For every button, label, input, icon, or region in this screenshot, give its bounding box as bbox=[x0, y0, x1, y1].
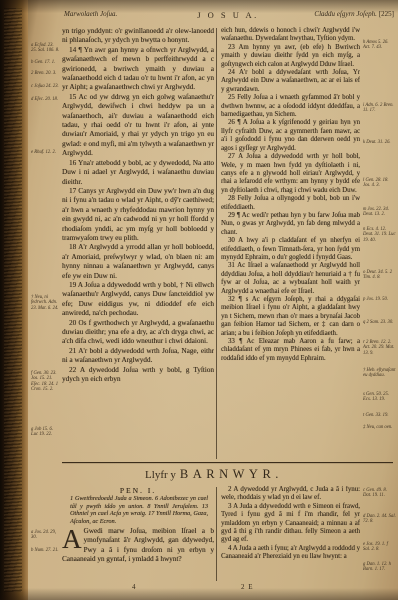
judges-title-small: Llyfr y bbox=[145, 469, 176, 481]
column-divider-rule bbox=[216, 28, 217, 459]
margin-note: p Jos. 19. 50. bbox=[363, 297, 396, 302]
verse-paragraph: 33 ¶ Ac Eleazar mab Aaron a fu farw; a c… bbox=[221, 338, 360, 363]
chapter-summary: 1 Gweithredoedd Juda a Simeon. 6 Adonibe… bbox=[62, 495, 214, 527]
joshua-section: a Ecſod. 23. 25. Sal. 106. 8.b Gen. 17. … bbox=[28, 27, 398, 460]
margin-note: r 2 Bren. 12. 2. Act. 20. 29. Mat. 13. 9… bbox=[363, 340, 396, 356]
margin-note: o Deut. 34. 5. 2 Tim. 4. 8. bbox=[363, 270, 396, 281]
margin-note: e Jos. 19. 1. f Sal. 2. 8. bbox=[363, 542, 396, 553]
section-divider-rule bbox=[62, 462, 393, 463]
verse-paragraph: eich hun, ddewis o honoch i chwi'r Arglw… bbox=[221, 27, 360, 44]
margin-note: g Dan. 1. 12. h Barn. 1. 17. bbox=[363, 562, 396, 573]
verse-paragraph: 24 A'r bobl a ddywedaſant wrth Joſua, Yr… bbox=[221, 69, 360, 94]
verse-paragraph: yn trigo ynddynt: o'r gwinllanoedd a'r o… bbox=[62, 27, 214, 46]
verse-paragraph: 4 A Juda a aeth i fynu; a'r Arglwydd a r… bbox=[221, 545, 360, 562]
margin-note: ‡ Neu, can oen. bbox=[363, 425, 396, 430]
verse-paragraph: 23 Am hynny yn awr, (eb efe) h Bwriwch y… bbox=[221, 44, 360, 69]
verse-paragraph: 15 Ac od yw ddrwg yn eich golwg waſanaet… bbox=[62, 93, 214, 159]
judges-right-margin-notes: c Gen. 49. 8. Dat. 19. 11.d Dan. 2. 44. … bbox=[363, 486, 396, 582]
page-number: [225] bbox=[379, 10, 394, 18]
margin-note: f Gen. 30. 23. Jos. 15. 21. Eſec. 18. 24… bbox=[31, 371, 60, 392]
judges-section: a Jos. 24. 29, 30.b Num. 27. 21. PEN. I.… bbox=[28, 486, 398, 582]
signature-mark-left: 4 bbox=[132, 583, 136, 591]
drop-cap-letter: A bbox=[62, 527, 84, 550]
judges-left-margin-notes: a Jos. 24. 29, 30.b Num. 27. 21. bbox=[31, 486, 60, 582]
chapter-heading: PEN. I. bbox=[62, 486, 214, 495]
verse-paragraph: 2 A dywedodd yr Arglwydd, c Juda a â i f… bbox=[221, 486, 360, 503]
judges-title-big: BARNWYR. bbox=[180, 467, 283, 481]
verse-paragraph: 16 Yna'r attebodd y bobl, ac y dywedodd,… bbox=[62, 159, 214, 187]
verse-paragraph: 20 Os f gwrthodwch yr Arglwydd, a gwaſan… bbox=[62, 319, 214, 347]
margin-note: m Jos. 22. 34. Deut. 13. 2. bbox=[363, 207, 396, 218]
verse-paragraph: 18 A'r Arglwydd a yrrodd allan yr holl b… bbox=[62, 243, 214, 281]
verse-paragraph: 27 A Joſua a ddywedodd wrth yr holl bobl… bbox=[221, 153, 360, 195]
margin-note: b Gen. 17. 1. bbox=[31, 60, 60, 65]
verse-paragraph: 22 A dywedodd Joſua wrth y bobl, g Tyſti… bbox=[62, 366, 214, 385]
opening-verse: AGwedi marw Joſua, meibion Iſrael a b ym… bbox=[62, 527, 214, 565]
margin-note: t Gen. 33. 19. bbox=[363, 413, 396, 418]
judges-right-column: 2 A dywedodd yr Arglwydd, c Juda a â i f… bbox=[221, 486, 360, 582]
verse-paragraph: 28 Felly Joſua a ollyngodd y bobl, bob u… bbox=[221, 195, 360, 212]
opening-verse-text: Gwedi marw Joſua, meibion Iſrael a b ymo… bbox=[62, 527, 214, 563]
margin-note: l Gen. 28. 18. Jos. 4. 3. bbox=[363, 178, 396, 189]
verse-paragraph: 31 Ac Iſrael a waſanaethodd yr Arglwydd … bbox=[221, 262, 360, 296]
margin-note: e Rhuf. 12. 2. bbox=[31, 150, 60, 155]
verse-paragraph: 17 Canys yr Arglwydd ein Duw yw'r hwn a'… bbox=[62, 187, 214, 243]
joshua-left-column: yn trigo ynddynt: o'r gwinllanoedd a'r o… bbox=[62, 27, 214, 460]
margin-note: c Joſua 24. 23. bbox=[31, 84, 60, 89]
verse-paragraph: 30 A hwy a'i p claddaſant ef yn nherfyn … bbox=[221, 237, 360, 262]
verse-paragraph: 19 A Joſua a ddywedodd wrth y bobl, † Ni… bbox=[62, 281, 214, 319]
margin-note: b Num. 27. 21. bbox=[31, 548, 60, 553]
book-page-photo: Marwolaeth Joſua. J O S U A. Claddu eſgy… bbox=[0, 0, 398, 600]
printers-signature-row: 4 2 E bbox=[28, 583, 398, 595]
column-divider-rule bbox=[216, 487, 217, 581]
verse-paragraph: 25 Felly Joſua a i wnaeth gyfammod â'r b… bbox=[221, 94, 360, 119]
margin-note: h Amos 5. 26. Act. 7. 43. bbox=[363, 40, 396, 51]
joshua-right-margin-notes: h Amos 5. 26. Act. 7. 43.i Adn. 6. 2 Bre… bbox=[363, 27, 396, 460]
verse-paragraph: 14 ¶ Yn awr gan hynny a ofnwch yr Arglwy… bbox=[62, 46, 214, 93]
margin-note: † Neu, ni fedrwch. Adn. 23. Mat. 6. 24. bbox=[31, 295, 60, 311]
margin-note: g Job 15. 6. Luc 19. 22. bbox=[31, 427, 60, 438]
judges-left-column: PEN. I. 1 Gweithredoedd Juda a Simeon. 6… bbox=[62, 486, 214, 582]
margin-note: s Gen. 50. 25. Ecs. 13. 19. bbox=[363, 392, 396, 403]
margin-note: d Dan. 2. 44. Sal. 72. 8. bbox=[363, 514, 396, 525]
printed-page: Marwolaeth Joſua. J O S U A. Claddu eſgy… bbox=[28, 0, 398, 600]
header-right-text: Claddu eſgyrn Joſeph. bbox=[314, 10, 376, 18]
book-spine-gutter bbox=[0, 0, 28, 600]
margin-note: a Jos. 24. 29, 30. bbox=[31, 530, 60, 541]
margin-note: n Ecs. 4. 12. Deut. 31. 19. Luc 19. 40. bbox=[363, 227, 396, 243]
margin-note: d Eſec. 20. 18. bbox=[31, 97, 60, 102]
header-right-caption: Claddu eſgyrn Joſeph.[225] bbox=[314, 10, 394, 18]
joshua-right-column: eich hun, ddewis o honoch i chwi'r Arglw… bbox=[221, 27, 360, 460]
verse-paragraph: 21 A'r bobl a ddywedodd wrth Joſua, Nage… bbox=[62, 347, 214, 366]
margin-note: † Heb. eſtynaſant eu dyddiau. bbox=[363, 368, 396, 379]
joshua-left-margin-notes: a Ecſod. 23. 25. Sal. 106. 8.b Gen. 17. … bbox=[31, 27, 60, 460]
judges-book-title: Llyfr yBARNWYR. bbox=[62, 465, 366, 483]
verse-paragraph: 29 ¶ Ac wedi'r pethau hyn y bu farw Joſu… bbox=[221, 212, 360, 237]
margin-note: k Deut. 31. 26. bbox=[363, 140, 396, 145]
verse-paragraph: 3 A Juda a ddywedodd wrth e Simeon ei fr… bbox=[221, 503, 360, 545]
signature-mark-right: 2 E bbox=[241, 583, 254, 591]
margin-note: a Ecſod. 23. 25. Sal. 106. 8. bbox=[31, 43, 60, 54]
running-header: Marwolaeth Joſua. J O S U A. Claddu eſgy… bbox=[62, 10, 394, 21]
margin-note: 2 Bren. 20. 3. bbox=[31, 71, 60, 76]
verse-paragraph: 26 ¶ A Joſua a k yſgrifenodd y geiriau h… bbox=[221, 119, 360, 153]
margin-note: i Adn. 6. 2 Bren. 11. 17. bbox=[363, 103, 396, 114]
margin-note: q 2 Sam. 23. 30. bbox=[363, 320, 396, 325]
margin-note: c Gen. 49. 8. Dat. 19. 11. bbox=[363, 488, 396, 499]
verse-paragraph: 32 ¶ s Ac eſgyrn Joſeph, y rhai a ddygaſ… bbox=[221, 296, 360, 338]
